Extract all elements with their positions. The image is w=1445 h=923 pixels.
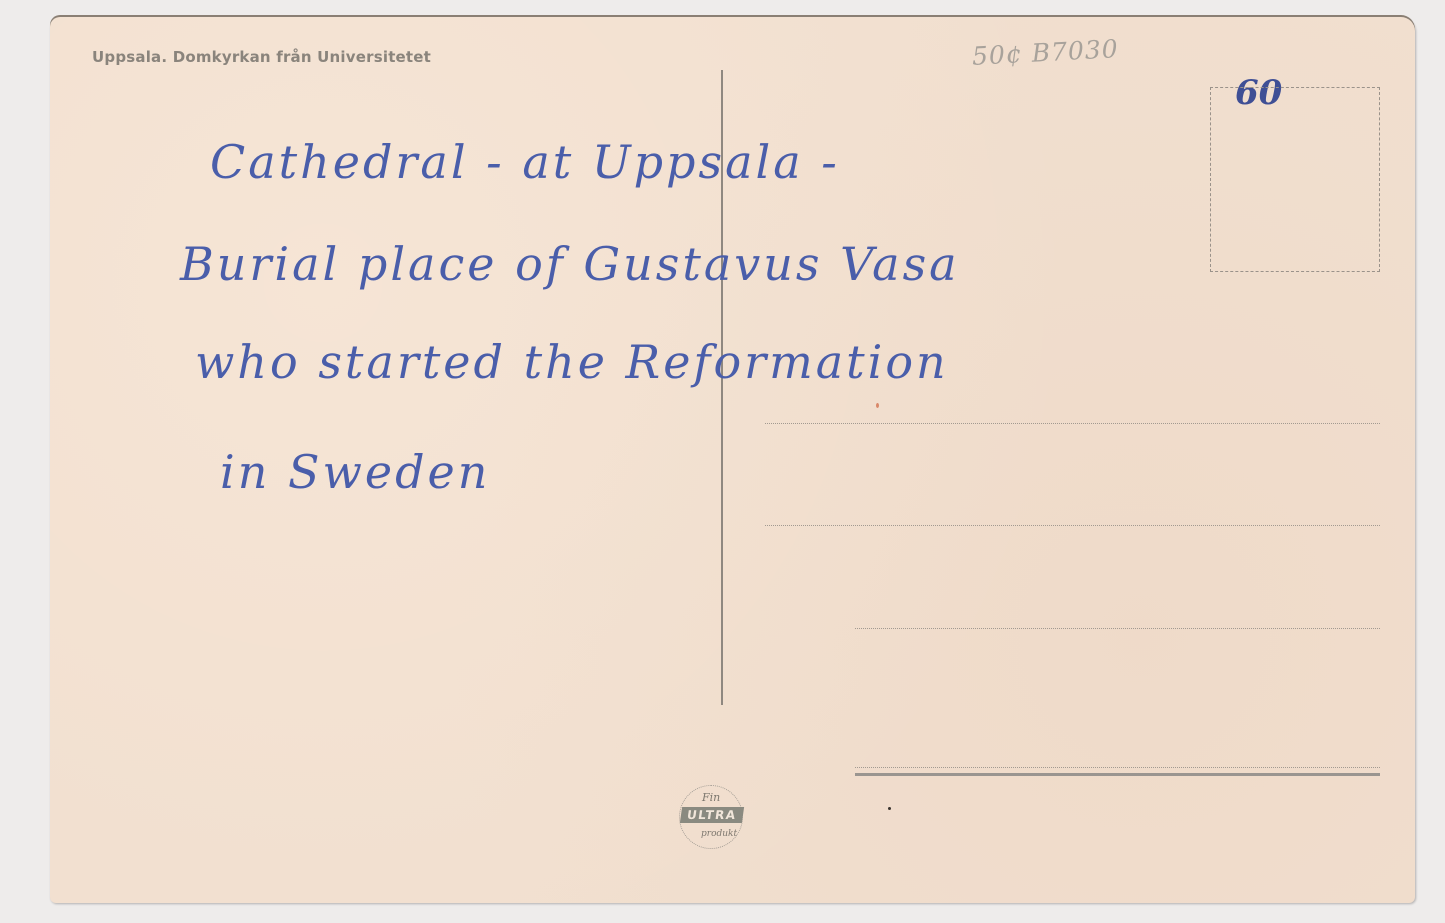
dirt-speck: [888, 807, 891, 810]
printed-caption: Uppsala. Domkyrkan från Universitetet: [92, 48, 431, 66]
postcard-back: Uppsala. Domkyrkan från Universitetet 50…: [50, 17, 1415, 903]
address-line-3: [855, 628, 1380, 629]
address-line-2: [765, 525, 1380, 526]
ultra-publisher-logo: Fin ULTRA produkt: [667, 779, 757, 869]
handwritten-line-2: Burial place of Gustavus Vasa: [180, 237, 960, 291]
handwritten-line-1: Cathedral - at Uppsala -: [210, 135, 840, 189]
logo-top-text: Fin: [702, 791, 720, 804]
stamp-box: [1210, 87, 1380, 272]
stain-speck: [876, 403, 879, 408]
handwritten-line-4: in Sweden: [220, 445, 490, 499]
address-underline-bar: [855, 773, 1380, 776]
handwritten-line-3: who started the Reformation: [195, 335, 949, 389]
logo-banner: ULTRA: [680, 807, 744, 823]
address-line-1: [765, 423, 1380, 424]
logo-bottom-text: produkt: [701, 829, 737, 839]
pencil-notation: 50¢ B7030: [971, 34, 1119, 71]
address-line-4: [855, 767, 1380, 768]
